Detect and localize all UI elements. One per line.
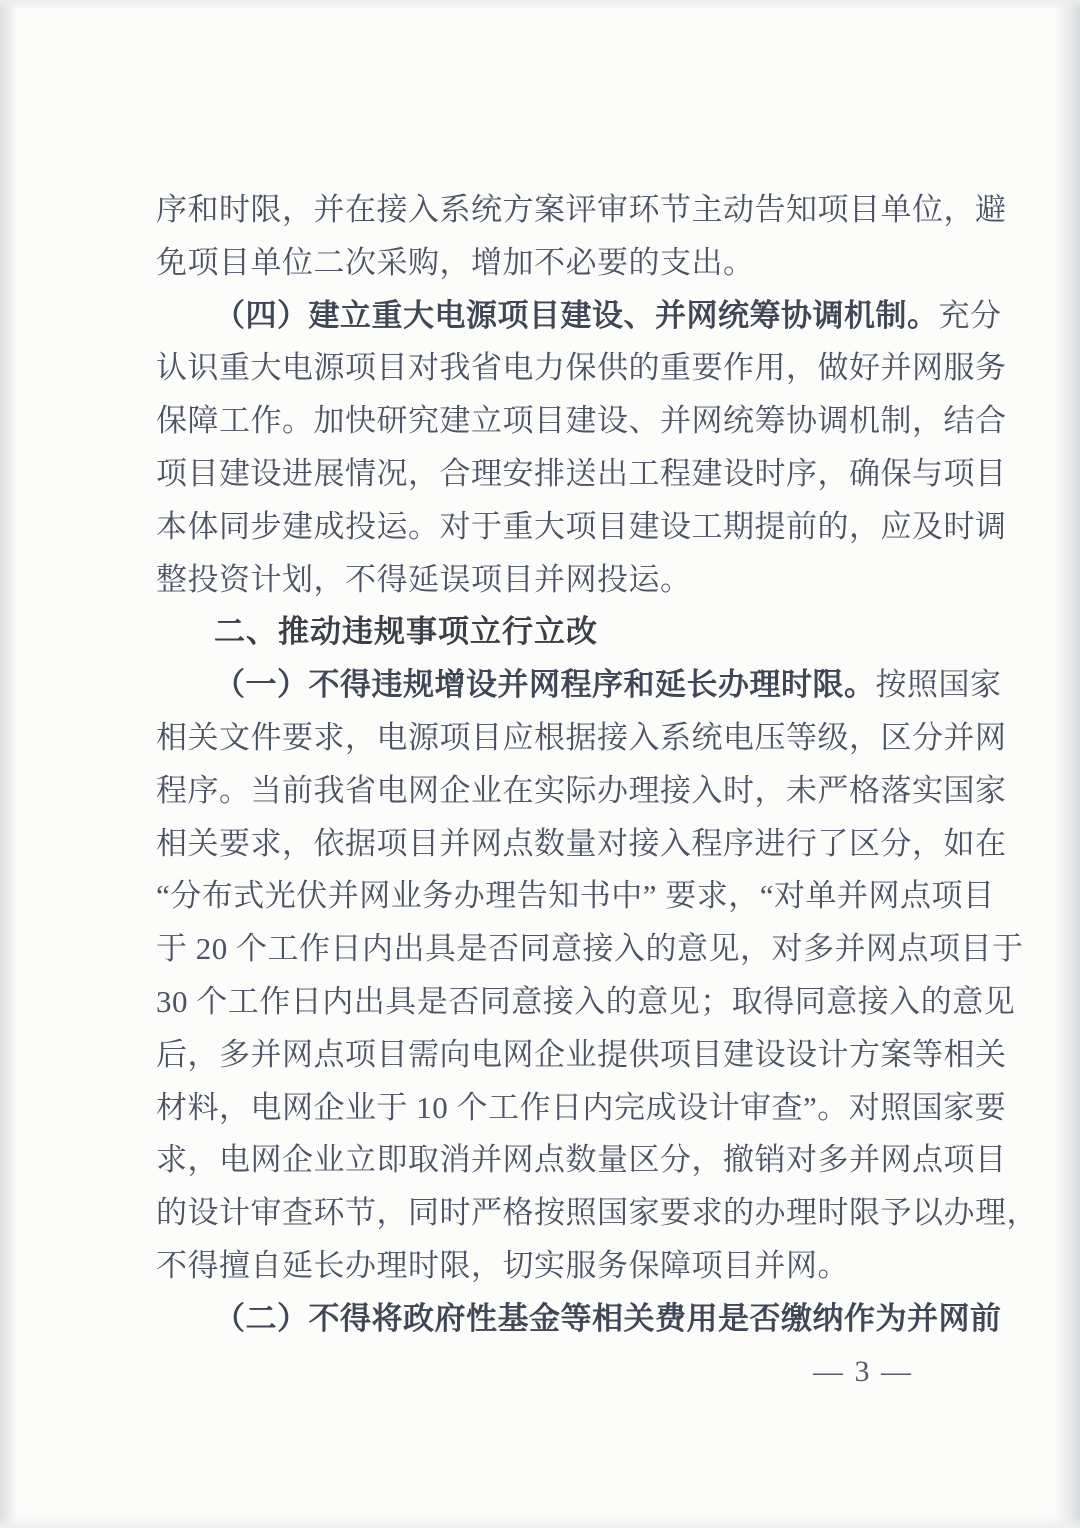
body-text: 序和时限，并在接入系统方案评审环节主动告知项目单位，避 — [156, 192, 1007, 227]
lead-bold-text: （四）建立重大电源项目建设、并网统筹协调机制。 — [214, 298, 939, 333]
body-text: 项目建设进展情况，合理安排送出工程建设时序，确保与项目 — [156, 456, 1007, 491]
scan-edge-bottom — [0, 1516, 1080, 1528]
text-line: 求，电网企业立即取消并网点数量区分，撤销对多并网点项目 — [156, 1134, 968, 1187]
body-text: 于 20 个工作日内出具是否同意接入的意见，对多并网点项目于 — [156, 931, 1024, 966]
text-line: 免项目单位二次采购，增加不必要的支出。 — [156, 237, 968, 290]
lead-bold-text: （一）不得违规增设并网程序和延长办理时限。 — [214, 667, 876, 702]
body-text: 相关要求，依据项目并网点数量对接入程序进行了区分，如在 — [156, 826, 1007, 861]
text-line: 序和时限，并在接入系统方案评审环节主动告知项目单位，避 — [156, 184, 968, 237]
body-text: 免项目单位二次采购，增加不必要的支出。 — [156, 245, 755, 280]
text-line: 相关要求，依据项目并网点数量对接入程序进行了区分，如在 — [156, 818, 968, 871]
body-text: 30 个工作日内出具是否同意接入的意见；取得同意接入的意见 — [156, 984, 1015, 1019]
body-text: 的设计审查环节，同时严格按照国家要求的办理时限予以办理， — [156, 1195, 1038, 1230]
text-line: 本体同步建成投运。对于重大项目建设工期提前的，应及时调 — [156, 501, 968, 554]
body-text: 保障工作。加快研究建立项目建设、并网统筹协调机制，结合 — [156, 403, 1007, 438]
body-text: 认识重大电源项目对我省电力保供的重要作用，做好并网服务 — [156, 350, 1007, 385]
body-text: 相关文件要求，电源项目应根据接入系统电压等级，区分并网 — [156, 720, 1007, 755]
page-number: — 3 — — [813, 1346, 913, 1398]
text-line: 于 20 个工作日内出具是否同意接入的意见，对多并网点项目于 — [156, 923, 968, 976]
text-line-paragraph-start: （四）建立重大电源项目建设、并网统筹协调机制。充分 — [156, 290, 968, 343]
scanned-document-page: 序和时限，并在接入系统方案评审环节主动告知项目单位，避 免项目单位二次采购，增加… — [0, 0, 1080, 1528]
body-text: 本体同步建成投运。对于重大项目建设工期提前的，应及时调 — [156, 509, 1007, 544]
body-text: 按照国家 — [876, 667, 1002, 702]
body-text: 程序。当前我省电网企业在实际办理接入时，未严格落实国家 — [156, 773, 1007, 808]
scan-edge-top — [0, 0, 1080, 10]
text-line: 保障工作。加快研究建立项目建设、并网统筹协调机制，结合 — [156, 395, 968, 448]
text-line: 整投资计划，不得延误项目并网投运。 — [156, 554, 968, 607]
body-text: 整投资计划，不得延误项目并网投运。 — [156, 562, 692, 597]
text-line: 项目建设进展情况，合理安排送出工程建设时序，确保与项目 — [156, 448, 968, 501]
text-line: 后，多并网点项目需向电网企业提供项目建设设计方案等相关 — [156, 1029, 968, 1082]
body-text: 充分 — [939, 298, 1002, 333]
text-line: 不得擅自延长办理时限，切实服务保障项目并网。 — [156, 1240, 968, 1293]
document-body: 序和时限，并在接入系统方案评审环节主动告知项目单位，避 免项目单位二次采购，增加… — [156, 184, 968, 1346]
text-line: 认识重大电源项目对我省电力保供的重要作用，做好并网服务 — [156, 342, 968, 395]
section-heading: 二、推动违规事项立行立改 — [156, 606, 968, 659]
section-heading-text: 二、推动违规事项立行立改 — [214, 614, 598, 650]
body-text: 求，电网企业立即取消并网点数量区分，撤销对多并网点项目 — [156, 1142, 1007, 1177]
text-line: 30 个工作日内出具是否同意接入的意见；取得同意接入的意见 — [156, 976, 968, 1029]
scan-edge-left — [0, 0, 17, 1528]
body-text: 不得擅自延长办理时限，切实服务保障项目并网。 — [156, 1248, 849, 1283]
text-line-paragraph-start: （二）不得将政府性基金等相关费用是否缴纳作为并网前 — [156, 1293, 968, 1346]
scan-edge-right — [1054, 0, 1080, 1528]
text-line-paragraph-start: （一）不得违规增设并网程序和延长办理时限。按照国家 — [156, 659, 968, 712]
text-line: “分布式光伏并网业务办理告知书中” 要求，“对单并网点项目 — [156, 870, 968, 923]
text-line: 材料，电网企业于 10 个工作日内完成设计审查”。对照国家要 — [156, 1082, 968, 1135]
body-text: 材料，电网企业于 10 个工作日内完成设计审查”。对照国家要 — [156, 1090, 1006, 1125]
text-line: 程序。当前我省电网企业在实际办理接入时，未严格落实国家 — [156, 765, 968, 818]
body-text: 后，多并网点项目需向电网企业提供项目建设设计方案等相关 — [156, 1037, 1007, 1072]
lead-bold-text: （二）不得将政府性基金等相关费用是否缴纳作为并网前 — [214, 1301, 1002, 1336]
text-line: 相关文件要求，电源项目应根据接入系统电压等级，区分并网 — [156, 712, 968, 765]
body-text: “分布式光伏并网业务办理告知书中” 要求，“对单并网点项目 — [156, 878, 995, 913]
text-line: 的设计审查环节，同时严格按照国家要求的办理时限予以办理， — [156, 1187, 968, 1240]
